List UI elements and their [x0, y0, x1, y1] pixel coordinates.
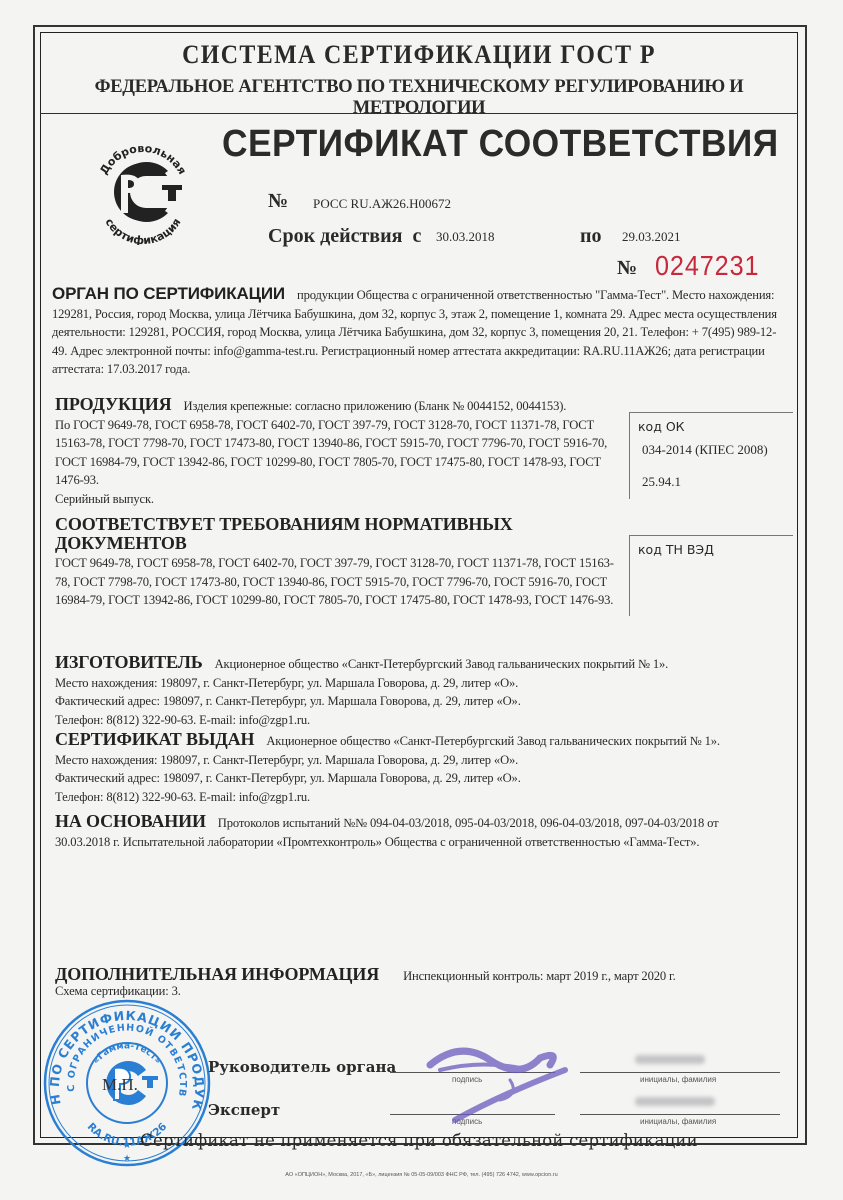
valid-to-label: по — [580, 225, 602, 248]
expert-signature-label: Эксперт — [208, 1101, 280, 1119]
agency-title: ФЕДЕРАЛЬНОЕ АГЕНТСТВО ПО ТЕХНИЧЕСКОМУ РЕ… — [40, 77, 798, 119]
issued-to-name: Акционерное общество «Санкт-Петербургски… — [266, 734, 720, 748]
head-name-line — [580, 1072, 780, 1073]
rst-logo-icon: Добровольная сертификация — [88, 135, 198, 245]
section-heading: ОРГАН ПО СЕРТИФИКАЦИИ — [52, 284, 285, 303]
section-additional: ДОПОЛНИТЕЛЬНАЯ ИНФОРМАЦИЯИнспекционный к… — [55, 965, 790, 1000]
section-issued-to: СЕРТИФИКАТ ВЫДАНАкционерное общество «Са… — [55, 730, 790, 806]
serial-number: 0247231 — [655, 250, 759, 282]
name-caption: инициалы, фамилия — [640, 1075, 716, 1084]
ok-code-value: 034-2014 (КПЕС 2008) — [642, 442, 793, 458]
handwritten-signature-icon — [400, 1030, 600, 1130]
section-heading: СЕРТИФИКАТ ВЫДАН — [55, 729, 254, 749]
head-signature-label: Руководитель органа — [208, 1058, 396, 1076]
products-serial-note: Серийный выпуск. — [55, 490, 615, 509]
number-sign: № — [268, 190, 288, 213]
products-first-line: Изделия крепежные: согласно приложению (… — [184, 399, 567, 413]
expert-name-line — [580, 1114, 780, 1115]
certificate-title: СЕРТИФИКАТ СООТВЕТСТВИЯ — [222, 123, 779, 166]
issued-to-line: Телефон: 8(812) 322-90-63. E-mail: info@… — [55, 788, 790, 807]
section-heading: СООТВЕТСТВУЕТ ТРЕБОВАНИЯМ НОРМАТИВНЫХ ДО… — [55, 515, 613, 552]
ok-code-value: 25.94.1 — [642, 474, 793, 490]
section-basis: НА ОСНОВАНИИПротоколов испытаний №№ 094-… — [55, 812, 790, 851]
section-heading: ПРОДУКЦИЯ — [55, 394, 172, 414]
expert-name-redacted — [635, 1097, 715, 1106]
conformity-standards: ГОСТ 9649-78, ГОСТ 6958-78, ГОСТ 6402-70… — [55, 554, 625, 610]
issued-to-line: Фактический адрес: 198097, г. Санкт-Пете… — [55, 769, 790, 788]
manufacturer-name: Акционерное общество «Санкт-Петербургски… — [215, 657, 669, 671]
valid-from: 30.03.2018 — [436, 229, 495, 245]
footer-note: Сертификат не применяется при обязательн… — [40, 1131, 798, 1150]
head-name-redacted — [635, 1055, 705, 1064]
ok-code-title: код ОК — [638, 419, 793, 434]
section-certification-body: ОРГАН ПО СЕРТИФИКАЦИИпродукции Общества … — [52, 285, 777, 379]
serial-sign: № — [617, 257, 637, 280]
basis-second-line: 30.03.2018 г. Испытательной лаборатории … — [55, 833, 790, 852]
tnved-code-box: код ТН ВЭД — [629, 535, 793, 616]
section-products: ПРОДУКЦИЯИзделия крепежные: согласно при… — [55, 395, 615, 508]
manufacturer-line: Место нахождения: 198097, г. Санкт-Петер… — [55, 674, 785, 693]
stamp-place-mark: М.П. — [102, 1075, 138, 1095]
section-conformity: СООТВЕТСТВУЕТ ТРЕБОВАНИЯМ НОРМАТИВНЫХ ДО… — [55, 515, 625, 610]
printer-imprint: АО «ОПЦИОН», Москва, 2017, «Б», лицензия… — [0, 1172, 843, 1178]
tnved-code-title: код ТН ВЭД — [638, 542, 793, 557]
ok-code-box: код ОК 034-2014 (КПЕС 2008) 25.94.1 — [629, 412, 793, 499]
section-heading: НА ОСНОВАНИИ — [55, 811, 206, 831]
section-manufacturer: ИЗГОТОВИТЕЛЬАкционерное общество «Санкт-… — [55, 653, 785, 729]
name-caption: инициалы, фамилия — [640, 1117, 716, 1126]
manufacturer-line: Фактический адрес: 198097, г. Санкт-Пете… — [55, 692, 785, 711]
manufacturer-line: Телефон: 8(812) 322-90-63. E-mail: info@… — [55, 711, 785, 730]
certificate-number: РОСС RU.АЖ26.Н00672 — [313, 196, 451, 212]
additional-text: Инспекционный контроль: март 2019 г., ма… — [403, 969, 676, 983]
issued-to-line: Место нахождения: 198097, г. Санкт-Петер… — [55, 751, 790, 770]
section-heading: ИЗГОТОВИТЕЛЬ — [55, 652, 203, 672]
products-standards: По ГОСТ 9649-78, ГОСТ 6958-78, ГОСТ 6402… — [55, 416, 615, 490]
valid-to: 29.03.2021 — [622, 229, 681, 245]
svg-text:★: ★ — [123, 1153, 131, 1163]
validity-label: Срок действия с — [268, 225, 421, 248]
basis-first-line: Протоколов испытаний №№ 094-04-03/2018, … — [218, 816, 719, 830]
system-title: СИСТЕМА СЕРТИФИКАЦИИ ГОСТ Р — [70, 40, 767, 70]
